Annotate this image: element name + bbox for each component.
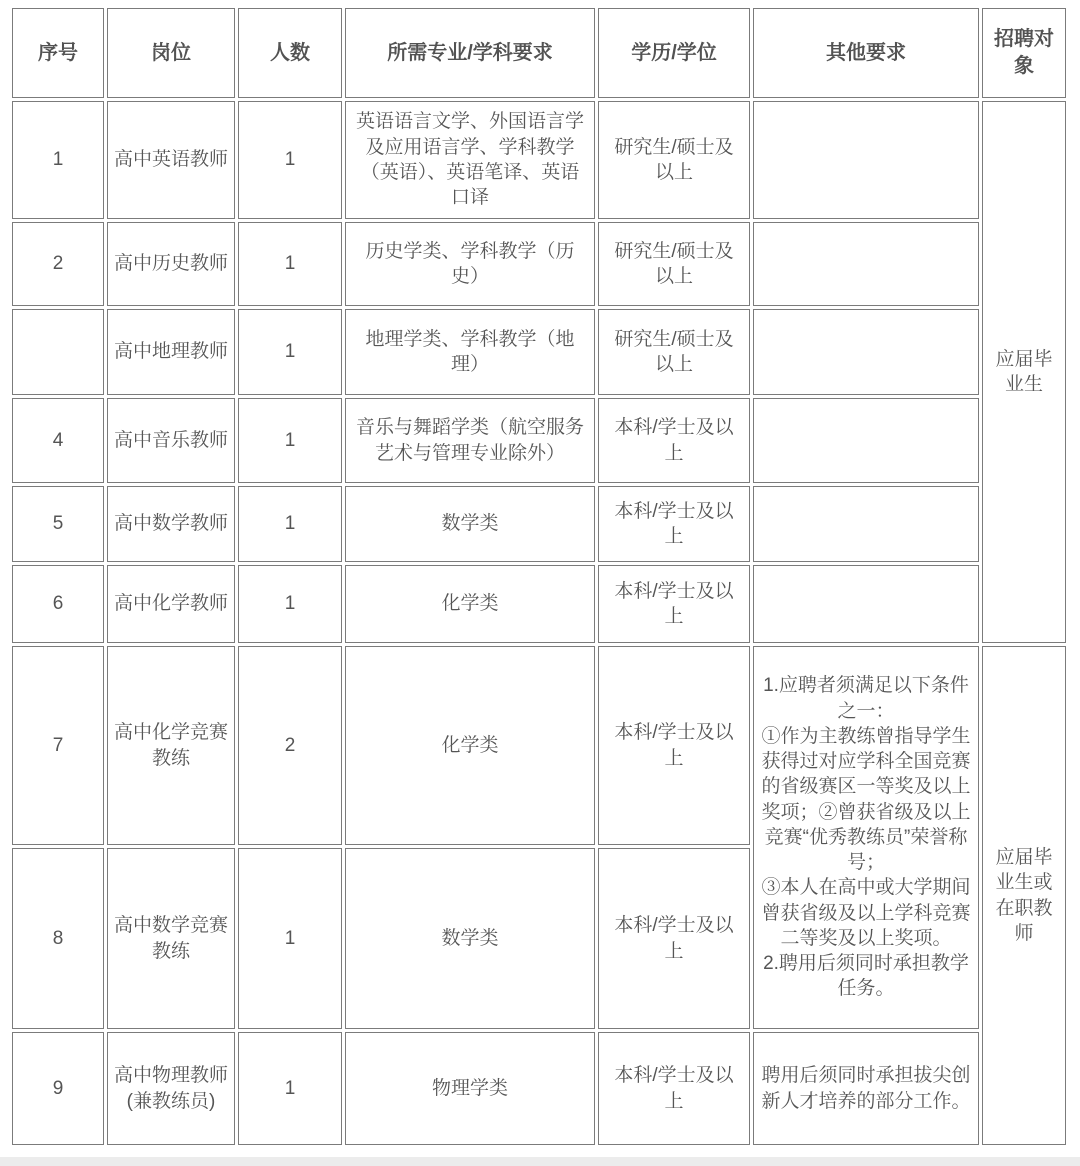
headcount-cell: 1	[238, 398, 342, 483]
other-requirements-cell	[753, 309, 979, 395]
degree-cell: 本科/学士及以上	[598, 398, 750, 483]
serial-cell: 7	[12, 646, 104, 845]
page-bottom-strip	[0, 1157, 1080, 1166]
major-cell: 物理学类	[345, 1032, 595, 1145]
position-cell: 高中物理教师(兼教练员)	[107, 1032, 235, 1145]
serial-cell: 8	[12, 848, 104, 1029]
position-cell: 高中英语教师	[107, 101, 235, 219]
major-cell: 化学类	[345, 565, 595, 643]
serial-cell: 2	[12, 222, 104, 306]
position-cell: 高中数学竞赛教练	[107, 848, 235, 1029]
position-cell: 高中历史教师	[107, 222, 235, 306]
header-row: 序号 岗位 人数 所需专业/学科要求 学历/学位 其他要求 招聘对象	[12, 8, 1066, 98]
serial-cell	[12, 309, 104, 395]
headcount-cell: 2	[238, 646, 342, 845]
degree-cell: 本科/学士及以上	[598, 1032, 750, 1145]
serial-cell: 5	[12, 486, 104, 562]
major-cell: 历史学类、学科教学（历史）	[345, 222, 595, 306]
header-major: 所需专业/学科要求	[345, 8, 595, 98]
header-headcount: 人数	[238, 8, 342, 98]
degree-cell: 本科/学士及以上	[598, 646, 750, 845]
degree-cell: 研究生/硕士及以上	[598, 309, 750, 395]
header-position: 岗位	[107, 8, 235, 98]
major-cell: 化学类	[345, 646, 595, 845]
degree-cell: 本科/学士及以上	[598, 565, 750, 643]
headcount-cell: 1	[238, 101, 342, 219]
major-cell: 数学类	[345, 486, 595, 562]
other-requirements-cell	[753, 565, 979, 643]
position-cell: 高中化学教师	[107, 565, 235, 643]
table-row: 7 高中化学竞赛教练 2 化学类 本科/学士及以上 1.应聘者须满足以下条件之一…	[12, 646, 1066, 845]
serial-cell: 6	[12, 565, 104, 643]
position-cell: 高中化学竞赛教练	[107, 646, 235, 845]
position-cell: 高中地理教师	[107, 309, 235, 395]
other-requirements-cell	[753, 101, 979, 219]
recruit-target-cell: 应届毕业生或在职教师	[982, 646, 1066, 1145]
headcount-cell: 1	[238, 565, 342, 643]
header-other-requirements: 其他要求	[753, 8, 979, 98]
major-cell: 音乐与舞蹈学类（航空服务艺术与管理专业除外）	[345, 398, 595, 483]
header-recruit-target: 招聘对象	[982, 8, 1066, 98]
position-cell: 高中音乐教师	[107, 398, 235, 483]
headcount-cell: 1	[238, 309, 342, 395]
headcount-cell: 1	[238, 486, 342, 562]
table-row: 高中地理教师 1 地理学类、学科教学（地理） 研究生/硕士及以上	[12, 309, 1066, 395]
header-degree: 学历/学位	[598, 8, 750, 98]
major-cell: 数学类	[345, 848, 595, 1029]
other-requirements-cell: 1.应聘者须满足以下条件之一： ①作为主教练曾指导学生获得过对应学科全国竞赛的省…	[753, 646, 979, 1029]
recruitment-table-page: 序号 岗位 人数 所需专业/学科要求 学历/学位 其他要求 招聘对象 1 高中英…	[0, 0, 1080, 1166]
table-row: 4 高中音乐教师 1 音乐与舞蹈学类（航空服务艺术与管理专业除外） 本科/学士及…	[12, 398, 1066, 483]
degree-cell: 本科/学士及以上	[598, 486, 750, 562]
headcount-cell: 1	[238, 1032, 342, 1145]
degree-cell: 本科/学士及以上	[598, 848, 750, 1029]
other-requirements-cell	[753, 398, 979, 483]
degree-cell: 研究生/硕士及以上	[598, 101, 750, 219]
table-row: 6 高中化学教师 1 化学类 本科/学士及以上	[12, 565, 1066, 643]
table-row: 9 高中物理教师(兼教练员) 1 物理学类 本科/学士及以上 聘用后须同时承担拔…	[12, 1032, 1066, 1145]
recruitment-table: 序号 岗位 人数 所需专业/学科要求 学历/学位 其他要求 招聘对象 1 高中英…	[9, 5, 1069, 1148]
recruit-target-cell: 应届毕业生	[982, 101, 1066, 643]
table-row: 1 高中英语教师 1 英语语言文学、外国语言学及应用语言学、学科教学（英语）、英…	[12, 101, 1066, 219]
table-row: 2 高中历史教师 1 历史学类、学科教学（历史） 研究生/硕士及以上	[12, 222, 1066, 306]
other-requirements-cell	[753, 222, 979, 306]
table-row: 5 高中数学教师 1 数学类 本科/学士及以上	[12, 486, 1066, 562]
headcount-cell: 1	[238, 222, 342, 306]
header-serial: 序号	[12, 8, 104, 98]
headcount-cell: 1	[238, 848, 342, 1029]
other-requirements-cell: 聘用后须同时承担拔尖创新人才培养的部分工作。	[753, 1032, 979, 1145]
position-cell: 高中数学教师	[107, 486, 235, 562]
serial-cell: 4	[12, 398, 104, 483]
serial-cell: 9	[12, 1032, 104, 1145]
degree-cell: 研究生/硕士及以上	[598, 222, 750, 306]
serial-cell: 1	[12, 101, 104, 219]
major-cell: 英语语言文学、外国语言学及应用语言学、学科教学（英语）、英语笔译、英语口译	[345, 101, 595, 219]
other-requirements-cell	[753, 486, 979, 562]
major-cell: 地理学类、学科教学（地理）	[345, 309, 595, 395]
